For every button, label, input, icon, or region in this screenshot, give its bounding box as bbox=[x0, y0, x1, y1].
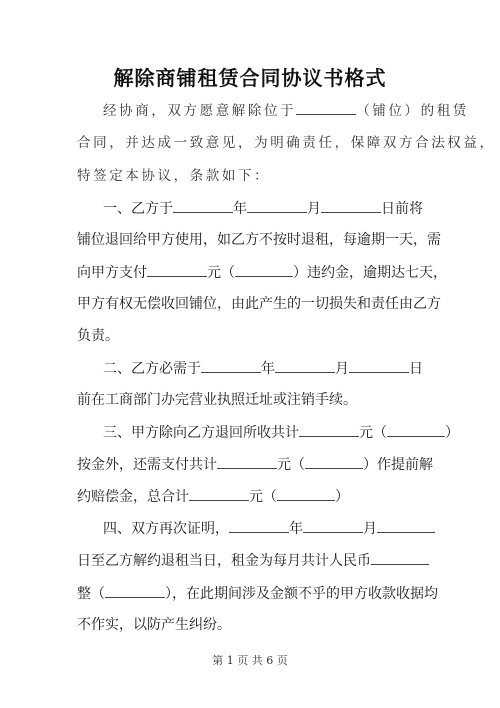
clause-1-line-3: 向甲方支付元（）违约金，逾期达七天， bbox=[77, 262, 427, 282]
clause-text: 二、乙方必需于 bbox=[103, 361, 201, 377]
blank-field bbox=[201, 358, 261, 373]
clause-text: 年 bbox=[289, 521, 303, 537]
clause-text: ）作提前解 bbox=[363, 457, 433, 473]
clause-1-line-5: 负责。 bbox=[77, 326, 427, 346]
clause-text: 整（ bbox=[77, 586, 105, 602]
blank-field bbox=[299, 422, 359, 437]
clause-4-line-2: 日至乙方解约退租当日，租金为每月共计人民币 bbox=[77, 550, 427, 570]
clause-3-line-3: 约赔偿金，总合计元（） bbox=[77, 486, 427, 506]
blank-field bbox=[303, 518, 363, 533]
clause-text: ），在此期间涉及金额不乎的甲方收款收据均 bbox=[165, 586, 438, 602]
blank-field bbox=[147, 262, 207, 277]
clause-text: 日 bbox=[409, 361, 423, 377]
clause-text: 年 bbox=[261, 361, 275, 377]
clause-text: 四、双方再次证明， bbox=[103, 521, 229, 537]
blank-field bbox=[173, 198, 233, 213]
blank-field bbox=[387, 422, 445, 437]
blank-field bbox=[229, 518, 289, 533]
clause-text: 月 bbox=[363, 521, 377, 537]
clause-4-line-4: 不作实，以防产生纠纷。 bbox=[77, 615, 427, 635]
intro-text: （铺位）的租赁 bbox=[356, 103, 469, 119]
blank-field bbox=[321, 198, 381, 213]
clause-1-line-4: 甲方有权无偿收回铺位，由此产生的一切损失和责任由乙方 bbox=[77, 294, 427, 314]
document-title: 解除商铺租赁合同协议书格式 bbox=[0, 62, 500, 91]
clause-text: 年 bbox=[233, 201, 247, 217]
intro-line-3: 特签定本协议，条款如下： bbox=[77, 166, 427, 186]
clause-text: 日前将 bbox=[381, 201, 423, 217]
blank-field bbox=[275, 358, 335, 373]
blank-field bbox=[305, 454, 363, 469]
intro-line-1: 经协商，双方愿意解除位于（铺位）的租赁 bbox=[103, 100, 453, 120]
clause-text: 按金外，还需支付共计 bbox=[77, 457, 217, 473]
clause-text: 三、甲方除向乙方退回所收共计 bbox=[103, 425, 299, 441]
clause-text: 元（ bbox=[359, 425, 387, 441]
clause-text: 一、乙方于 bbox=[103, 201, 173, 217]
intro-line-2: 合同，并达成一致意见，为明确责任，保障双方合法权益， bbox=[77, 133, 427, 153]
clause-text: 元（ bbox=[277, 457, 305, 473]
blank-field bbox=[235, 262, 293, 277]
blank-field bbox=[277, 486, 335, 501]
clause-text: ） bbox=[445, 425, 459, 441]
clause-text: ） bbox=[335, 489, 349, 505]
clause-text: 月 bbox=[307, 201, 321, 217]
blank-field bbox=[296, 100, 356, 115]
clause-3-line-1: 三、甲方除向乙方退回所收共计元（） bbox=[103, 422, 453, 442]
clause-text: 日至乙方解约退租当日，租金为每月共计人民币 bbox=[77, 553, 371, 569]
clause-text: 元（ bbox=[249, 489, 277, 505]
clause-text: 元（ bbox=[207, 265, 235, 281]
intro-text: 经协商，双方愿意解除位于 bbox=[103, 103, 296, 119]
clause-2-line-1: 二、乙方必需于年月日 bbox=[103, 358, 453, 378]
clause-2-line-2: 前在工商部门办完营业执照迁址或注销手续。 bbox=[77, 390, 427, 410]
clause-text: 月 bbox=[335, 361, 349, 377]
blank-field bbox=[349, 358, 409, 373]
blank-field bbox=[189, 486, 249, 501]
page-number-footer: 第 1 页 共 6 页 bbox=[0, 652, 500, 668]
clause-text: 向甲方支付 bbox=[77, 265, 147, 281]
blank-field bbox=[217, 454, 277, 469]
clause-text: 约赔偿金，总合计 bbox=[77, 489, 189, 505]
clause-3-line-2: 按金外，还需支付共计元（）作提前解 bbox=[77, 454, 427, 474]
blank-field bbox=[377, 518, 435, 533]
clause-1-line-2: 铺位退回给甲方使用，如乙方不按时退租，每逾期一天，需 bbox=[77, 230, 427, 250]
clause-1-line-1: 一、乙方于年月日前将 bbox=[103, 198, 453, 218]
blank-field bbox=[105, 583, 165, 598]
blank-field bbox=[371, 550, 429, 565]
clause-4-line-3: 整（），在此期间涉及金额不乎的甲方收款收据均 bbox=[77, 583, 427, 603]
blank-field bbox=[247, 198, 307, 213]
clause-4-line-1: 四、双方再次证明，年月 bbox=[103, 518, 453, 538]
clause-text: ）违约金，逾期达七天， bbox=[293, 265, 447, 281]
